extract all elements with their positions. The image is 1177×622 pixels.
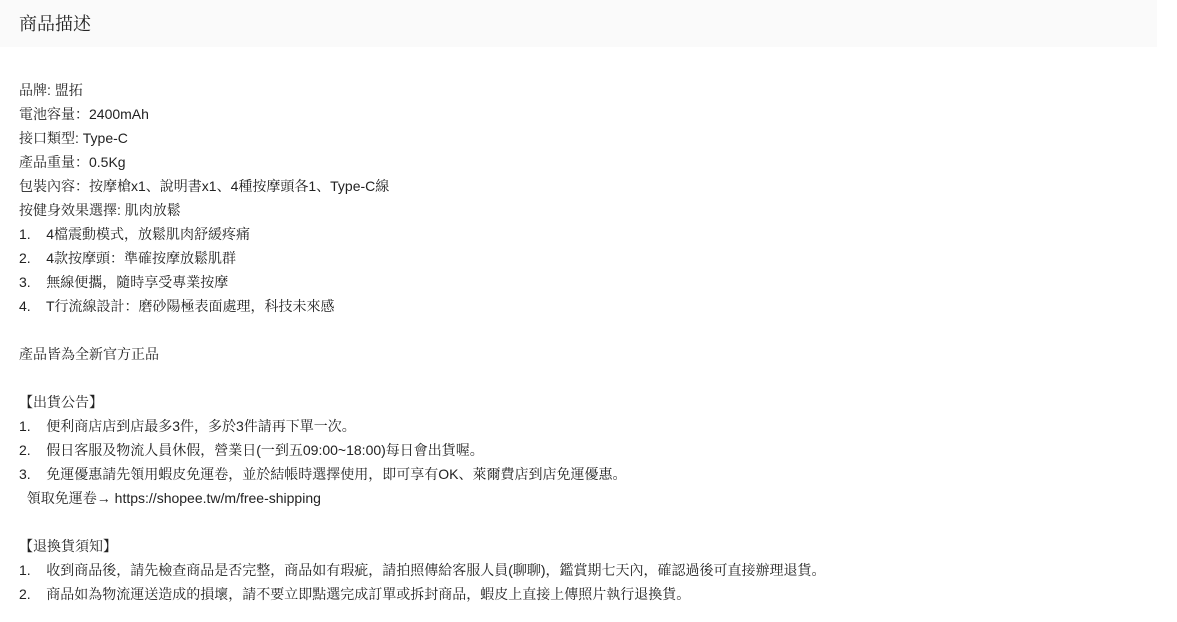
section-header: 商品描述 <box>0 0 1157 47</box>
description-line: 3. 免運優惠請先領用蝦皮免運卷，並於結帳時選擇使用，即可享有OK、萊爾費店到店… <box>19 462 1157 486</box>
description-line: 4. T行流線設計：磨砂陽極表面處理，科技未來感 <box>19 294 1157 318</box>
description-line: 3. 無線便攜，隨時享受專業按摩 <box>19 270 1157 294</box>
description-line <box>19 366 1157 390</box>
product-description-section: 商品描述 品牌: 盟拓電池容量：2400mAh接口類型: Type-C產品重量：… <box>0 0 1177 622</box>
description-line: 2. 商品如為物流運送造成的損壞，請不要立即點選完成訂單或拆封商品，蝦皮上直接上… <box>19 582 1157 606</box>
description-line: 接口類型: Type-C <box>19 126 1157 150</box>
description-line: 包裝內容：按摩槍x1、說明書x1、4種按摩頭各1、Type-C線 <box>19 174 1157 198</box>
description-line: 【退換貨須知】 <box>19 534 1157 558</box>
description-line: 【出貨公告】 <box>19 390 1157 414</box>
description-line: 1. 收到商品後，請先檢查商品是否完整，商品如有瑕疵，請拍照傳給客服人員(聊聊)… <box>19 558 1157 582</box>
description-line: 1. 4檔震動模式，放鬆肌肉舒緩疼痛 <box>19 222 1157 246</box>
description-line <box>19 510 1157 534</box>
description-line: 產品重量：0.5Kg <box>19 150 1157 174</box>
section-title: 商品描述 <box>19 13 91 35</box>
description-line: 1. 便利商店店到店最多3件，多於3件請再下單一次。 <box>19 414 1157 438</box>
description-line: 電池容量：2400mAh <box>19 102 1157 126</box>
description-line: 按健身效果選擇: 肌肉放鬆 <box>19 198 1157 222</box>
description-body: 品牌: 盟拓電池容量：2400mAh接口類型: Type-C產品重量：0.5Kg… <box>0 47 1177 606</box>
description-line: 2. 假日客服及物流人員休假，營業日(一到五09:00~18:00)每日會出貨喔… <box>19 438 1157 462</box>
description-line: 領取免運卷→ https://shopee.tw/m/free-shipping <box>19 486 1157 510</box>
description-line <box>19 318 1157 342</box>
description-line: 2. 4款按摩頭：準確按摩放鬆肌群 <box>19 246 1157 270</box>
description-line: 產品皆為全新官方正品 <box>19 342 1157 366</box>
description-line: 品牌: 盟拓 <box>19 78 1157 102</box>
